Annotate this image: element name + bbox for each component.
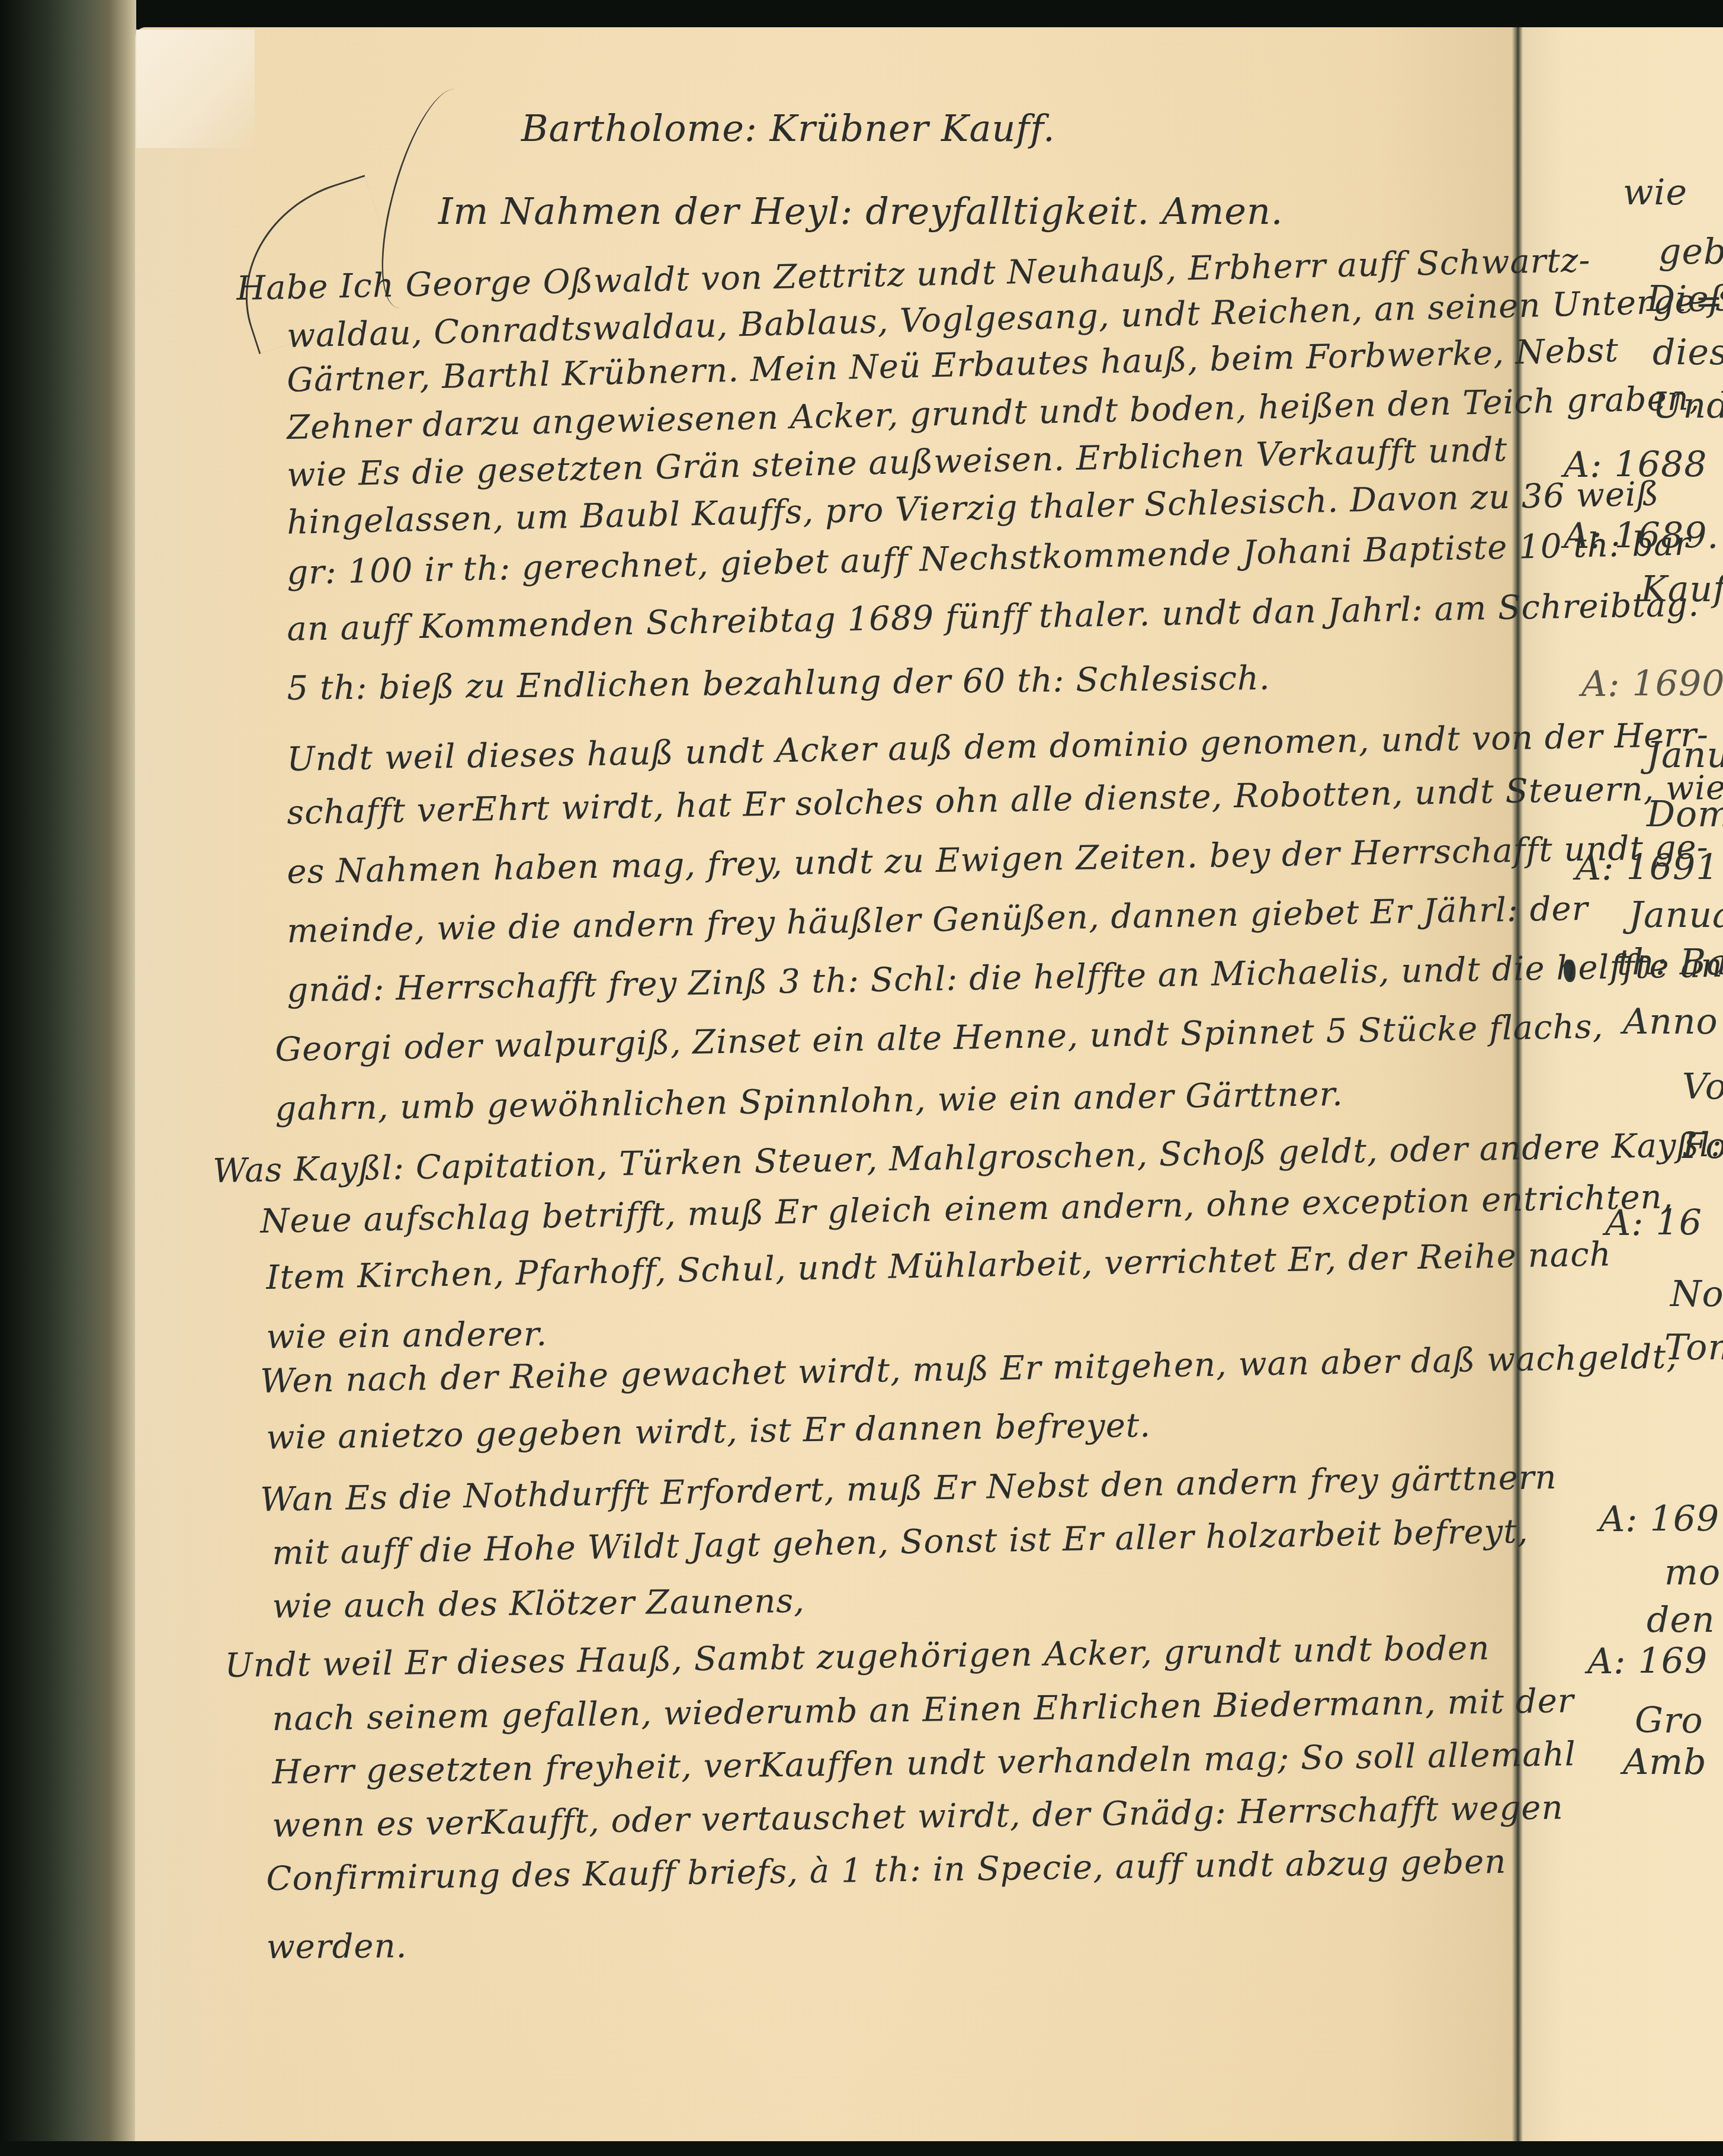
right-fragment: geben xyxy=(1658,231,1723,272)
right-fragment: Tom xyxy=(1664,1327,1723,1368)
right-fragment-year: A: 1689. d xyxy=(1564,515,1723,557)
right-fragment: Januar xyxy=(1629,894,1723,936)
right-fragment-year: A: 1688 xyxy=(1564,444,1707,486)
right-fragment: Not xyxy=(1670,1273,1723,1315)
right-fragment-year: A: 1691 xyxy=(1576,847,1719,888)
right-fragment: Vo xyxy=(1682,1066,1723,1108)
manuscript-line: wie auch des Klötzer Zaunens, xyxy=(272,1582,805,1626)
right-fragment: wie xyxy=(1623,172,1687,213)
right-fragment-year: A: 1690 xyxy=(1581,663,1723,705)
manuscript-line: wie ein anderer. xyxy=(266,1315,547,1356)
right-fragment: Undt xyxy=(1653,385,1723,426)
right-fragment: th: Ban xyxy=(1617,942,1723,983)
right-fragment: mon xyxy=(1664,1552,1723,1593)
right-fragment-year: A: 169 xyxy=(1599,1499,1719,1540)
right-fragment: Gro xyxy=(1635,1700,1703,1741)
invocation-line: Im Nahmen der Heyl: dreyfalltigkeit. Ame… xyxy=(438,190,1284,233)
right-fragment: Dom xyxy=(1647,794,1723,835)
book-fore-edge xyxy=(0,0,136,2156)
entry-heading: Bartholome: Krübner Kauff. xyxy=(521,107,1055,150)
page-corner-highlight xyxy=(136,30,255,148)
right-fragment: Januar xyxy=(1647,734,1723,776)
right-fragment: Dieß xyxy=(1647,278,1723,320)
right-fragment: Fo xyxy=(1682,1125,1723,1167)
right-fragment: Amb xyxy=(1623,1741,1707,1783)
right-fragment: Kauff xyxy=(1641,569,1723,610)
right-fragment-year: A: 169 xyxy=(1587,1641,1708,1682)
right-fragment: Anno xyxy=(1623,1001,1718,1042)
manuscript-line: werden. xyxy=(267,1927,408,1966)
right-fragment: dieser xyxy=(1653,332,1723,373)
right-fragment-year: A: 16 xyxy=(1605,1202,1702,1244)
scan-frame-bottom xyxy=(0,2141,1723,2156)
scan-frame-top xyxy=(0,0,1723,28)
right-fragment: den xyxy=(1647,1599,1715,1641)
